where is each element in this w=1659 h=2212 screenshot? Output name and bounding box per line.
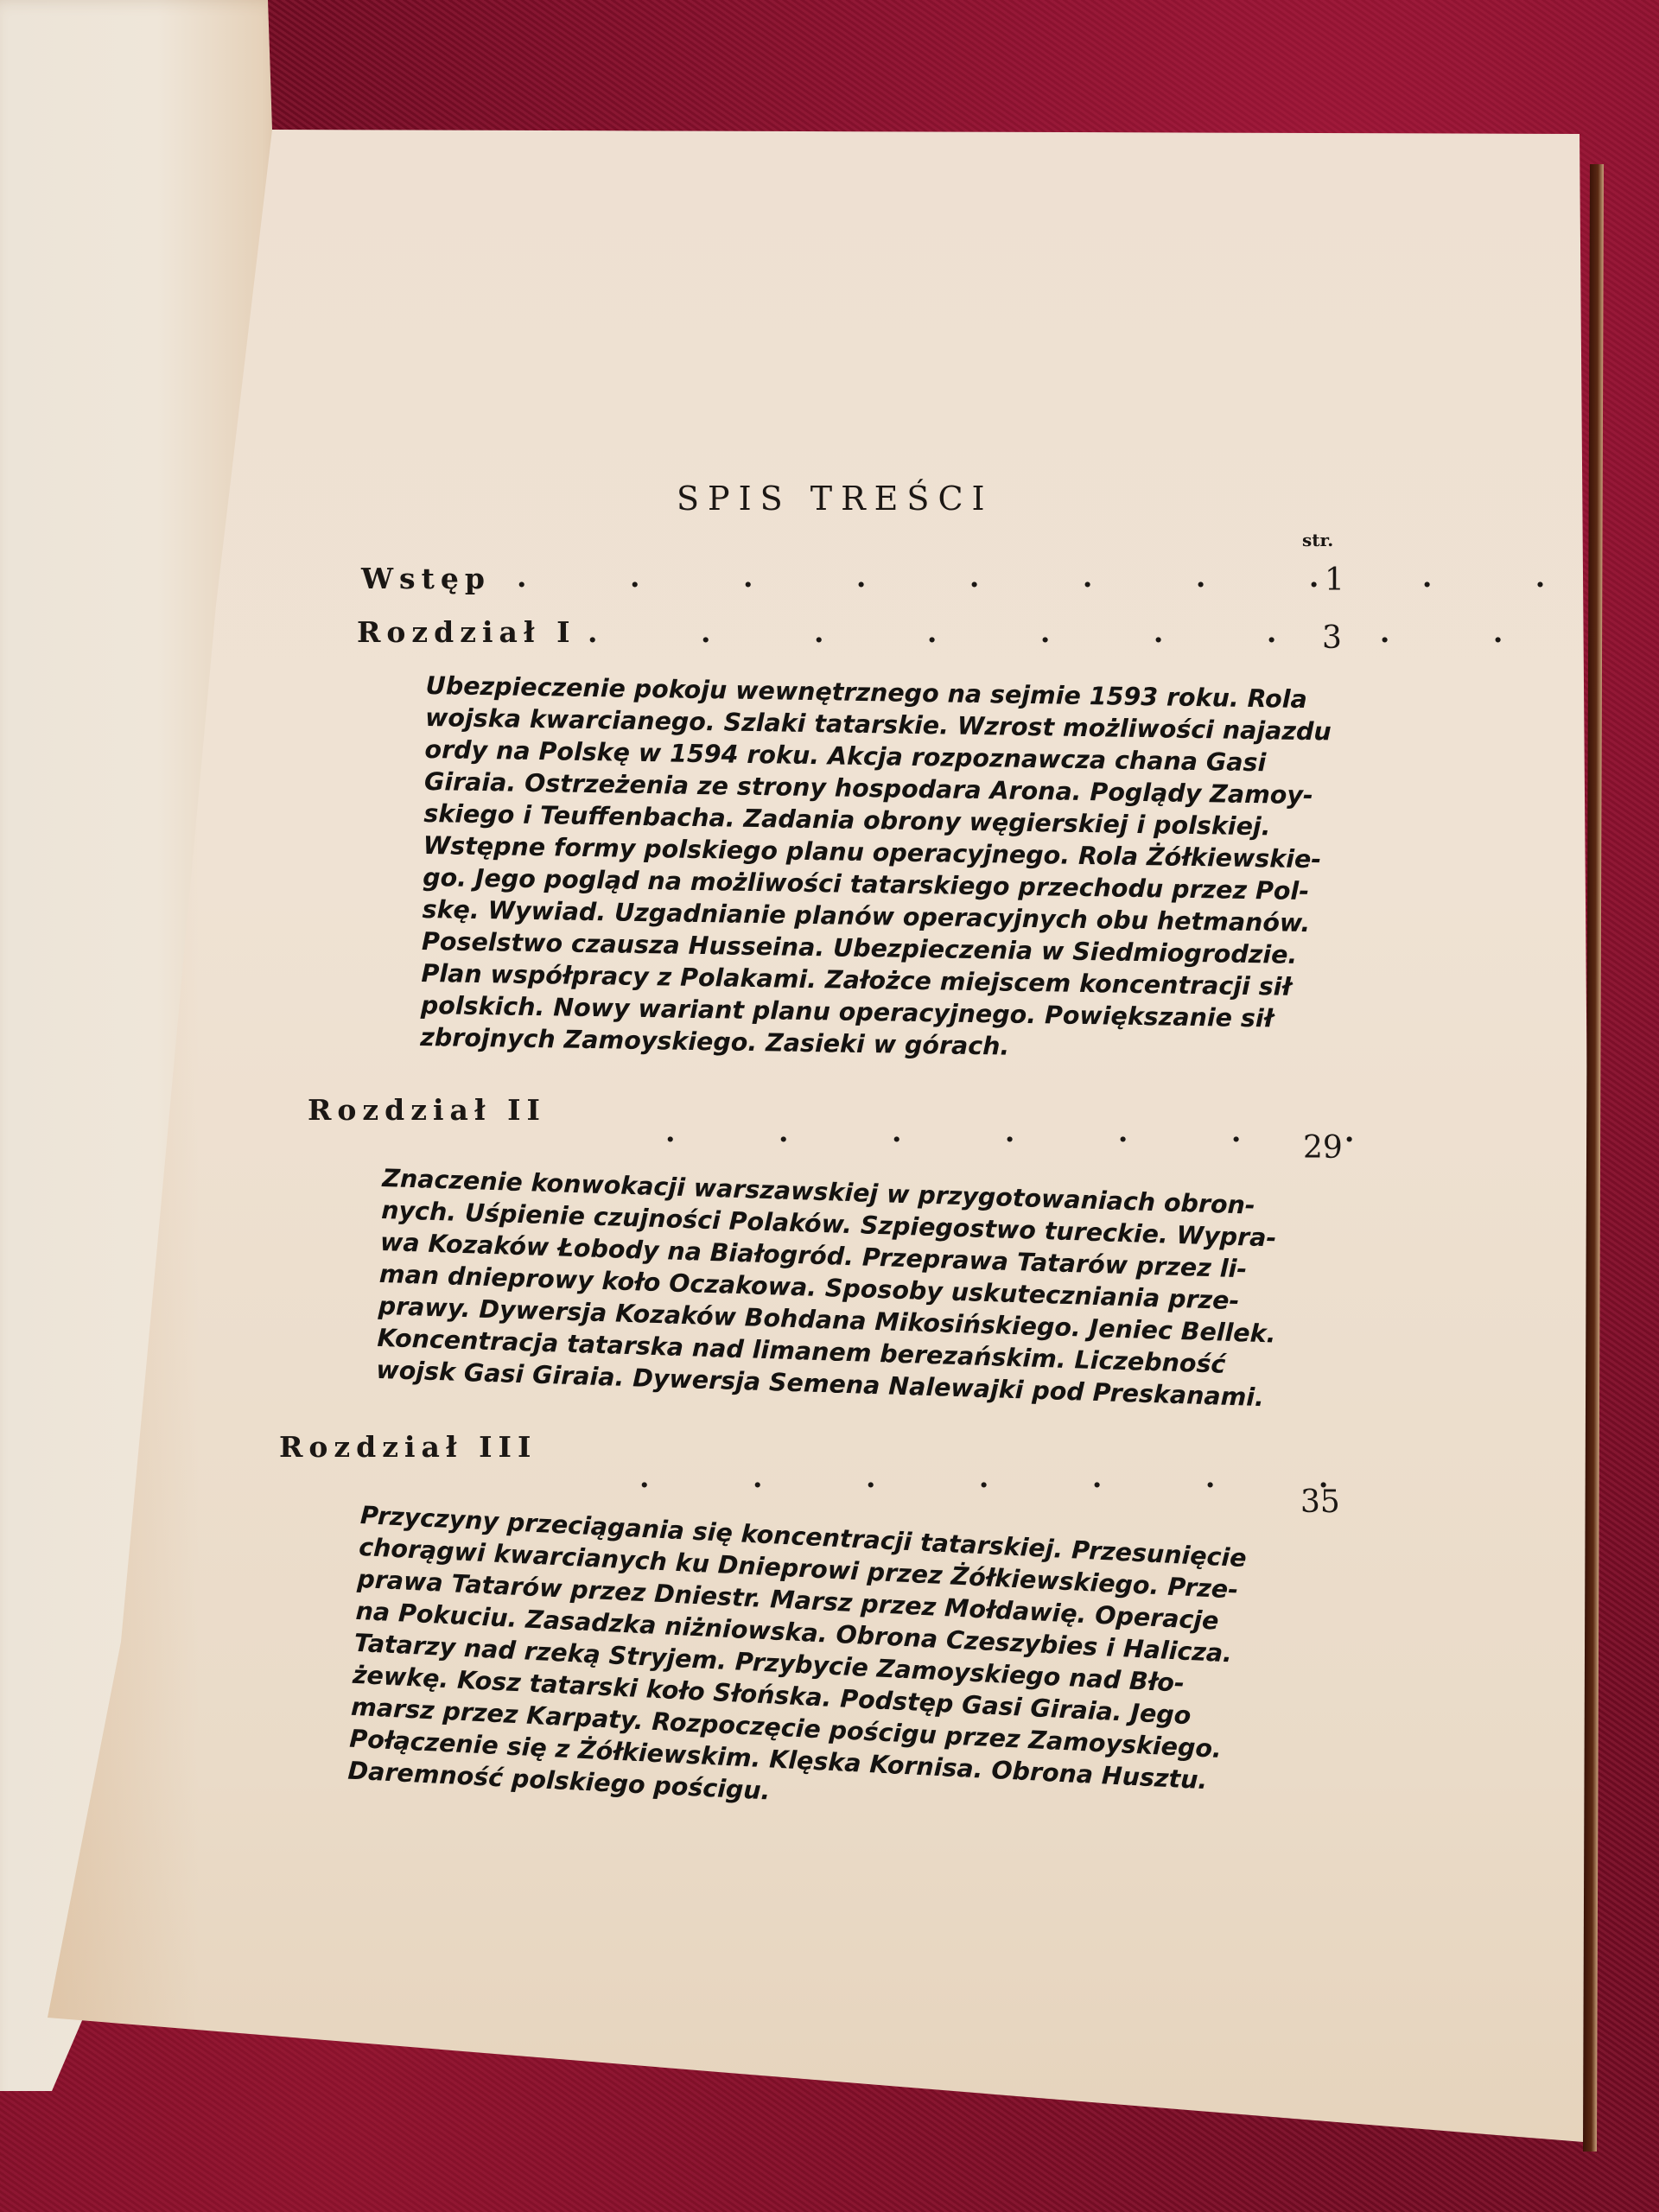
entry-leader: . . . . . . . . . . (517, 560, 1592, 594)
entry-page: 35 (1300, 1484, 1340, 1520)
page-column-label: str. (1302, 530, 1333, 550)
entry-leader: . . . . . . . (639, 1460, 1375, 1494)
entry-description: Przyczyny przeciągania się koncentracji … (347, 1499, 1250, 1830)
table-of-contents: SPIS TREŚCI str. Wstęp . . . . . . . . .… (0, 0, 1659, 2212)
entry-description: Znaczenie konwokacji warszawskiej w przy… (376, 1162, 1255, 1414)
entry-label: Wstęp (361, 562, 491, 595)
entry-leader: . . . . . . . . . (588, 615, 1549, 649)
entry-leader: . . . . . . . (665, 1115, 1401, 1148)
entry-page: 3 (1322, 620, 1342, 656)
entry-label: Rozdział I (357, 615, 576, 649)
entry-label: Rozdział III (279, 1430, 537, 1464)
entry-description: Ubezpieczenie pokoju wewnętrznego na sej… (420, 670, 1255, 1066)
entry-page: 29 (1303, 1130, 1343, 1166)
entry-page: 1 (1325, 563, 1344, 598)
entry-label: Rozdział II (308, 1093, 546, 1127)
page-title: SPIS TREŚCI (677, 480, 994, 518)
